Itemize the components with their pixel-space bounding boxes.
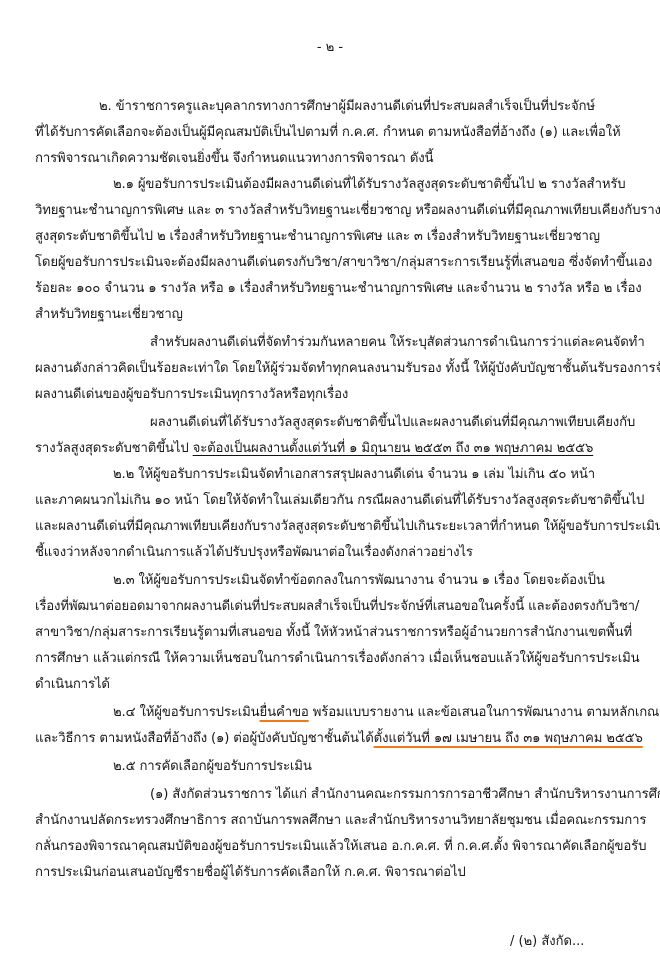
text-line: กลั่นกรองพิจารณาคุณสมบัติของผู้ขอรับการป… (35, 838, 646, 856)
line-text-before: และวิธีการ ตามหนังสือที่อ้างถึง (๑) ต่อผ… (35, 731, 374, 746)
submission-date-line: และวิธีการ ตามหนังสือที่อ้างถึง (๑) ต่อผ… (35, 730, 643, 748)
text-line: การพิจารณาเกิดความชัดเจนยิ่งขึ้น จึงกำหน… (35, 150, 433, 168)
text-line: สาขาวิชา/กลุ่มสาระการเรียนรู้ตามที่เสนอข… (35, 624, 632, 642)
text-line: เรื่องที่พัฒนาต่อยอดมาจากผลงานดีเด่นที่ป… (35, 598, 639, 616)
text-line: ผลงานดังกล่าวคิดเป็นร้อยละเท่าใด โดยให้ผ… (35, 360, 660, 378)
text-line: ผลงานดีเด่นของผู้ขอรับการประเมินทุกรางวั… (35, 386, 348, 404)
text-line: สำนักงานปลัดกระทรวงศึกษาธิการ สถาบันการพ… (35, 812, 646, 830)
continuation-footer: / (๒) สังกัด... (510, 930, 584, 951)
line-text-before: ๒.๔ ให้ผู้ขอรับการประเมิน (113, 705, 260, 720)
line-text-before: รางวัลสูงสุดระดับชาติขึ้นไป (35, 441, 193, 456)
text-line: ๒.๓ ให้ผู้ขอรับการประเมินจัดทำข้อตกลงในก… (113, 572, 605, 590)
text-line: ๒.๕ การคัดเลือกผู้ขอรับการประเมิน (113, 758, 312, 776)
text-line: การศึกษา แล้วแต่กรณี ให้ความเห็นชอบในการ… (35, 650, 640, 668)
text-line: (๑) สังกัดส่วนราชการ ได้แก่ สำนักงานคณะก… (150, 786, 660, 804)
text-line: วิทยฐานะชำนาญการพิเศษ และ ๓ รางวัลสำหรับ… (35, 202, 660, 220)
text-line: และผลงานดีเด่นที่มีคุณภาพเทียบเคียงกับรา… (35, 518, 660, 536)
submission-line: ๒.๔ ให้ผู้ขอรับการประเมินยื่นคำขอ พร้อมแ… (113, 704, 660, 722)
text-line: สูงสุดระดับชาติขึ้นไป ๒ เรื่องสำหรับวิทย… (35, 228, 600, 246)
text-line: ร้อยละ ๑๐๐ จำนวน ๑ รางวัล หรือ ๑ เรื่องส… (35, 280, 642, 298)
date-range-line-1: รางวัลสูงสุดระดับชาติขึ้นไป จะต้องเป็นผล… (35, 440, 593, 458)
text-line: ที่ได้รับการคัดเลือกจะต้องเป็นผู้มีคุณสม… (35, 124, 621, 142)
text-line: ๒.๑ ผู้ขอรับการประเมินต้องมีผลงานดีเด่นท… (113, 176, 626, 194)
page-number: - ๒ - (0, 36, 660, 57)
highlighted-date-range-2: ตั้งแต่วันที่ ๑๗ เมษายน ถึง ๓๑ พฤษภาคม ๒… (374, 731, 643, 746)
text-line: สำหรับผลงานดีเด่นที่จัดทำร่วมกันหลายคน ใ… (150, 334, 645, 352)
text-line: ดำเนินการได้ (35, 676, 110, 694)
line-text-after: พร้อมแบบรายงาน และข้อเสนอในการพัฒนางาน ต… (309, 705, 660, 720)
highlighted-submit-request: ยื่นคำขอ (260, 705, 309, 720)
text-line: โดยผู้ขอรับการประเมินจะต้องมีผลงานดีเด่น… (35, 254, 652, 272)
document-page: - ๒ - ๒. ข้าราชการครูและบุคลากรทางการศึก… (0, 0, 660, 963)
text-line: ผลงานดีเด่นที่ได้รับรางวัลสูงสุดระดับชาต… (150, 414, 635, 432)
text-line: สำหรับวิทยฐานะเชี่ยวชาญ (35, 306, 183, 324)
text-line: ๒.๒ ให้ผู้ขอรับการประเมินจัดทำเอกสารสรุป… (113, 466, 595, 484)
underlined-date-range-1: จะต้องเป็นผลงานตั้งแต่วันที่ ๑ มิถุนายน … (193, 441, 594, 456)
text-line: ๒. ข้าราชการครูและบุคลากรทางการศึกษาผู้ม… (99, 98, 595, 116)
text-line: และภาคผนวกไม่เกิน ๑๐ หน้า โดยให้จัดทำในเ… (35, 492, 644, 510)
text-line: ชี้แจงว่าหลังจากดำเนินการแล้วได้ปรับปรุง… (35, 544, 473, 562)
text-line: การประเมินก่อนเสนอบัญชีรายชื่อผู้ได้รับก… (35, 864, 466, 882)
